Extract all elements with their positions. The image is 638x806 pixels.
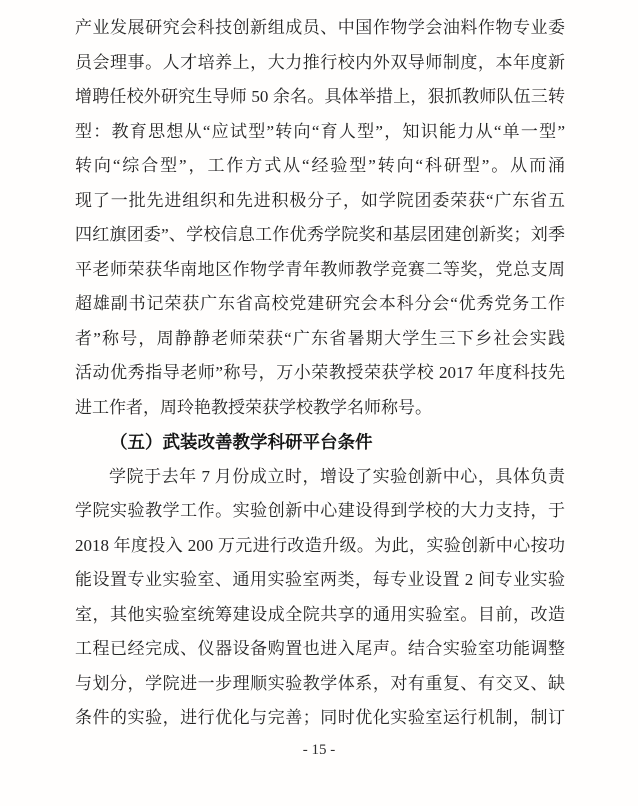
paragraph-line: 与划分，学院进一步理顺实验教学体系，对有重复、有交叉、缺: [75, 667, 565, 702]
paragraph-line: 能设置专业实验室、通用实验室两类，每专业设置 2 间专业实验: [75, 563, 565, 598]
paragraph-line: 增聘任校外研究生导师 50 余名。具体举措上，狠抓教师队伍三转: [75, 80, 565, 115]
paragraph-line: 平老师荣获华南地区作物学青年教师教学竞赛二等奖，党总支周: [75, 253, 565, 288]
paragraph-line: 超雄副书记荣获广东省高校党建研究会本科分会“优秀党务工作: [75, 287, 565, 322]
paragraph-line: 活动优秀指导老师”称号，万小荣教授荣获学校 2017 年度科技先: [75, 356, 565, 391]
paragraph-line: 学院实验教学工作。实验创新中心建设得到学校的大力支持，于: [75, 494, 565, 529]
paragraph-line: 转向“综合型”，工作方式从“经验型”转向“科研型”。从而涌: [75, 149, 565, 184]
paragraph-line: 条件的实验，进行优化与完善；同时优化实验室运行机制，制订: [75, 701, 565, 736]
paragraph-line: 2018 年度投入 200 万元进行改造升级。为此，实验创新中心按功: [75, 529, 565, 564]
paragraph-line: 工程已经完成、仪器设备购置也进入尾声。结合实验室功能调整: [75, 632, 565, 667]
paragraph-line: 进工作者，周玲艳教授荣获学校教学名师称号。: [75, 391, 565, 426]
paragraph-line: 学院于去年 7 月份成立时，增设了实验创新中心，具体负责: [75, 460, 565, 495]
document-page: 产业发展研究会科技创新组成员、中国作物学会油料作物专业委 员会理事。人才培养上，…: [0, 0, 638, 806]
paragraph-line: 者”称号，周静静老师荣获“广东省暑期大学生三下乡社会实践: [75, 322, 565, 357]
paragraph-line: 现了一批先进组织和先进积极分子，如学院团委荣获“广东省五: [75, 184, 565, 219]
paragraph-2: 学院于去年 7 月份成立时，增设了实验创新中心，具体负责 学院实验教学工作。实验…: [75, 460, 565, 736]
paragraph-line: 员会理事。人才培养上，大力推行校内外双导师制度，本年度新: [75, 46, 565, 81]
paragraph-line: 型：教育思想从“应试型”转向“育人型”，知识能力从“单一型”: [75, 115, 565, 150]
paragraph-line: 室，其他实验室统筹建设成全院共享的通用实验室。目前，改造: [75, 598, 565, 633]
section-heading: （五）武装改善教学科研平台条件: [75, 425, 565, 460]
paragraph-line: 四红旗团委”、学校信息工作优秀学院奖和基层团建创新奖；刘季: [75, 218, 565, 253]
page-number: - 15 -: [0, 740, 638, 760]
paragraph-line: 产业发展研究会科技创新组成员、中国作物学会油料作物专业委: [75, 11, 565, 46]
paragraph-1: 产业发展研究会科技创新组成员、中国作物学会油料作物专业委 员会理事。人才培养上，…: [75, 11, 565, 425]
body-text: 产业发展研究会科技创新组成员、中国作物学会油料作物专业委 员会理事。人才培养上，…: [75, 11, 565, 736]
